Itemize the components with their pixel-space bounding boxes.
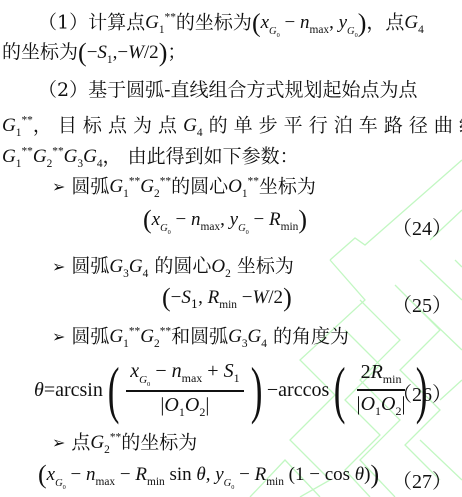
paragraph-2-line-1: （2）基于圆弧-直线组合方式规划起始点为点	[38, 78, 418, 102]
equation-27: (xG0 − nmax − Rmin sin θ, yG0 − Rmin (1 …	[38, 462, 379, 497]
bullet-arc-g1g2-center: ➢圆弧G1**G2**的圆心O1**坐标为	[52, 170, 316, 206]
coord-expression: xG0 − nmax, yG0	[261, 12, 358, 33]
equation-number-25: （25）	[392, 289, 452, 318]
g4-coord: (−S1,−W/2)	[78, 42, 167, 63]
equation-26: θ = arcsin(xG0 − nmax + S1|O1O2|) − arcc…	[34, 352, 433, 428]
bullet-arc-angle: ➢圆弧G1**G2**和圆弧G3G4 的角度为	[52, 320, 349, 356]
equation-25: (−S1, Rmin −W/2)	[162, 285, 292, 317]
arrow-bullet-icon: ➢	[52, 177, 65, 196]
fraction-arcsin: xG0 − nmax + S1|O1O2|	[126, 360, 243, 420]
arrow-bullet-icon: ➢	[52, 433, 65, 452]
arrow-bullet-icon: ➢	[52, 257, 65, 276]
arrow-bullet-icon: ➢	[52, 327, 65, 346]
bullet-arc-g3g4-center: ➢圆弧G3G4 的圆心O2 坐标为	[52, 254, 294, 286]
paragraph-1-line-2: 的坐标为(−S1,−W/2)；	[2, 40, 186, 72]
point-g4: G4	[404, 12, 423, 33]
bullet-point-g2: ➢点G2**的坐标为	[52, 426, 197, 462]
point-g1-double-star: G1**	[145, 12, 176, 33]
equation-24: (xG0 − nmax, yG0 − Rmin)	[143, 207, 307, 245]
equation-number-26: （26）	[392, 378, 452, 407]
equation-number-27: （27）	[392, 465, 452, 494]
equation-number-24: （24）	[392, 212, 452, 241]
